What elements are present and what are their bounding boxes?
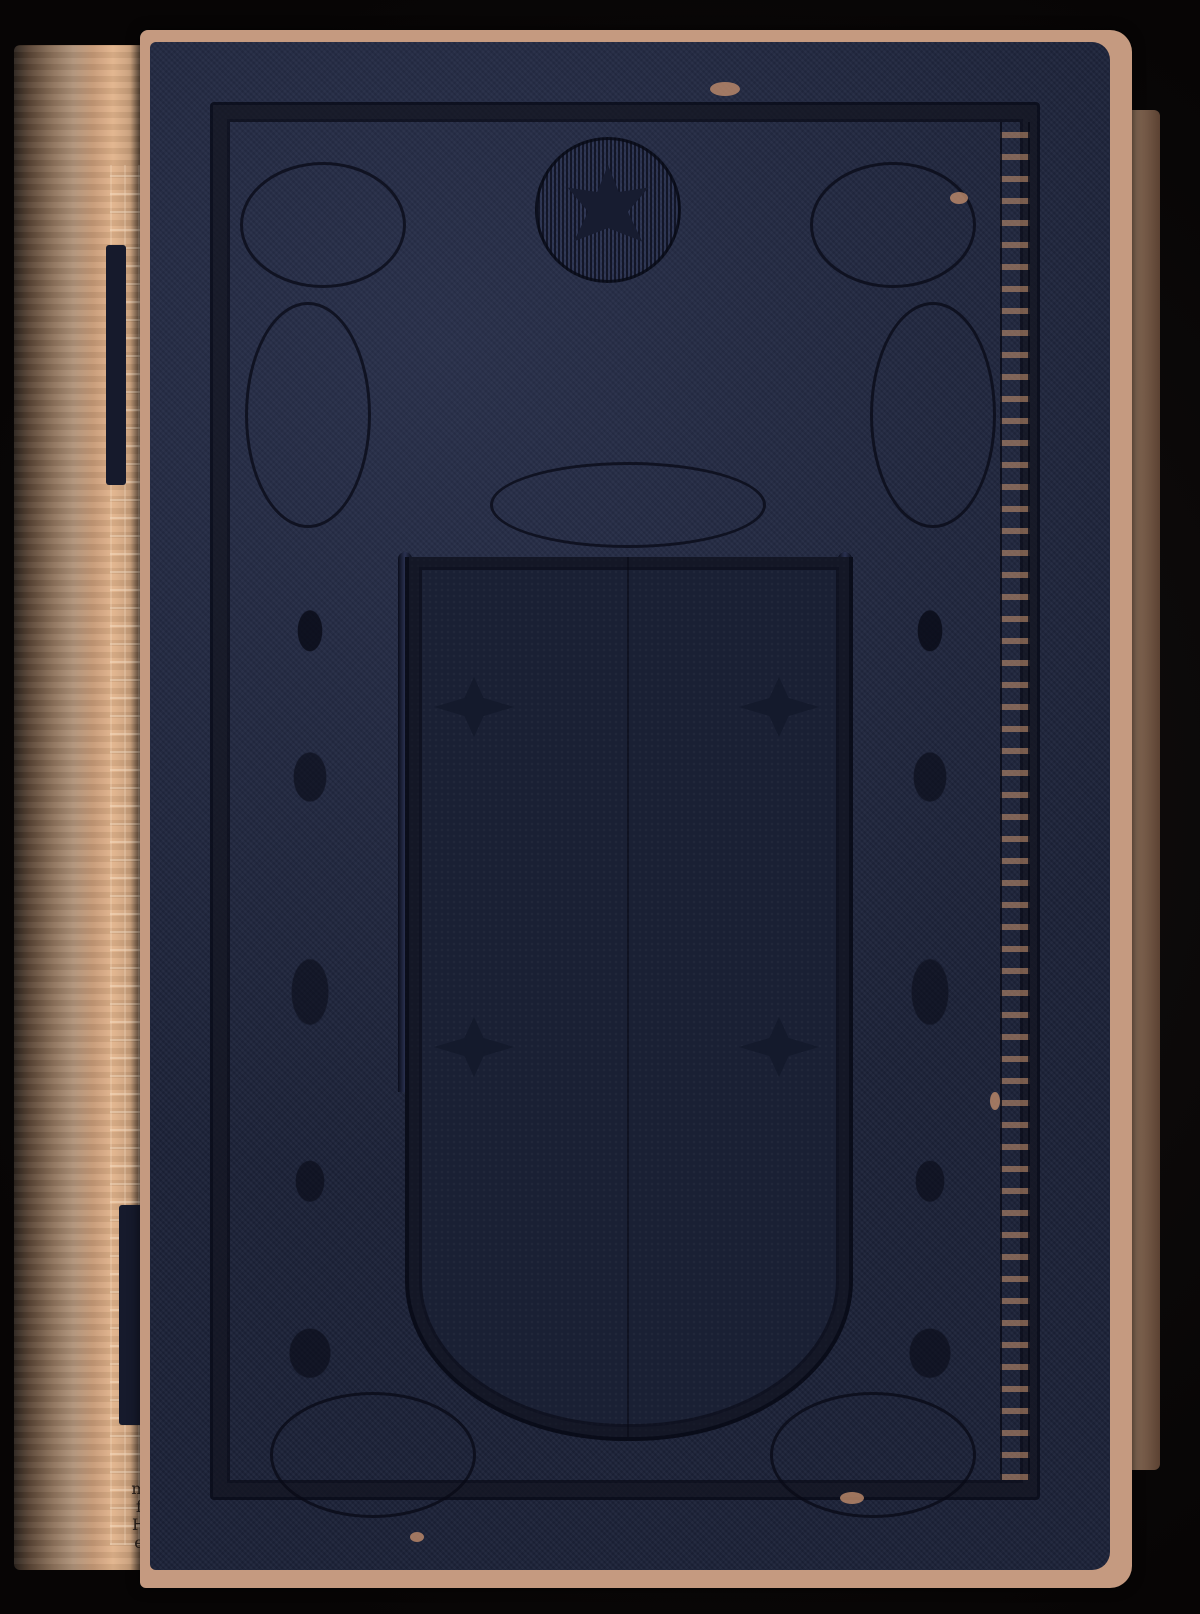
top-medallion (535, 137, 681, 283)
scroll-ornament (770, 1392, 976, 1518)
scroll-ornament (240, 162, 406, 288)
shield-divider (627, 557, 629, 1437)
fleur-icon (434, 1017, 514, 1077)
wear-spot (950, 192, 968, 204)
central-shield-panel (405, 557, 853, 1441)
scroll-ornament (245, 302, 371, 528)
rope-border (1000, 122, 1030, 1480)
wear-spot (840, 1492, 864, 1504)
front-cover (140, 30, 1132, 1588)
fleur-icon (739, 1017, 819, 1077)
wear-spot (990, 1092, 1000, 1110)
scroll-ornament (810, 162, 976, 288)
fleur-icon (739, 677, 819, 737)
scroll-ornament (490, 462, 766, 548)
left-floral-column (255, 562, 365, 1422)
spine-cloth-remnant (106, 245, 126, 485)
scroll-ornament (870, 302, 996, 528)
scroll-ornament (270, 1392, 476, 1518)
rosette-icon (563, 165, 653, 255)
fleur-icon (434, 677, 514, 737)
book-spine: m f H e (14, 45, 146, 1570)
wear-spot (410, 1532, 424, 1542)
cover-cloth (150, 42, 1110, 1570)
right-floral-column (875, 562, 985, 1422)
wear-spot (710, 82, 740, 96)
